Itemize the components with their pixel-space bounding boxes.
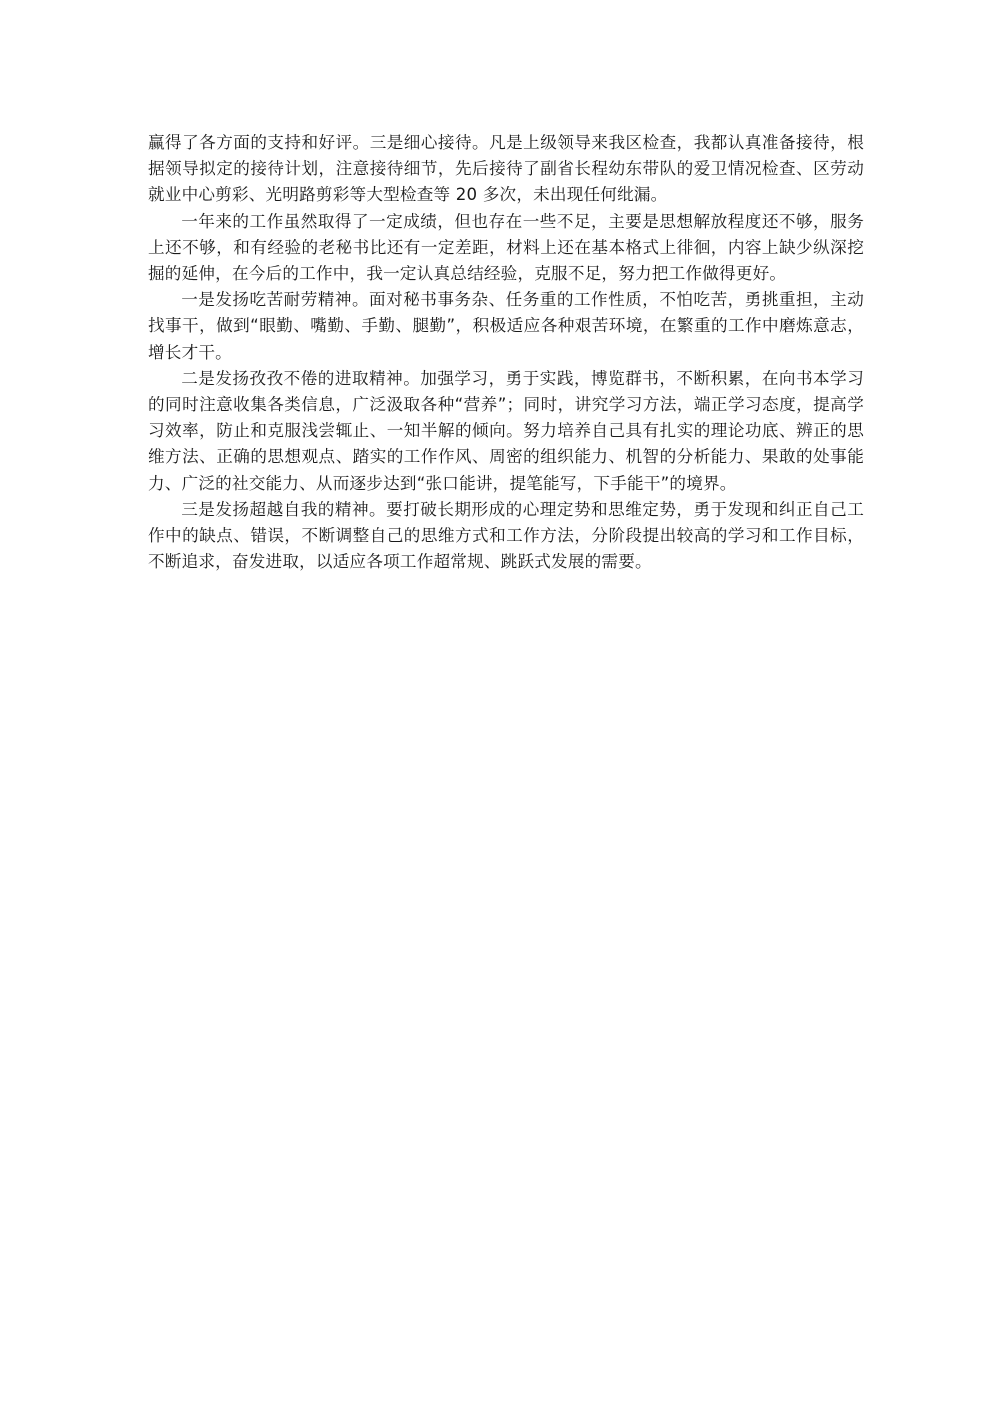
paragraph-learning-spirit: 二是发扬孜孜不倦的进取精神。加强学习，勇于实践，博览群书，不断积累，在向书本学习… [148, 366, 864, 497]
paragraph-hardworking-spirit: 一是发扬吃苦耐劳精神。面对秘书事务杂、任务重的工作性质，不怕吃苦，勇挑重担，主动… [148, 287, 864, 366]
paragraph-shortcomings: 一年来的工作虽然取得了一定成绩，但也存在一些不足，主要是思想解放程度还不够，服务… [148, 209, 864, 288]
document-page: 赢得了各方面的支持和好评。三是细心接待。凡是上级领导来我区检查，我都认真准备接待… [148, 130, 864, 575]
paragraph-reception-summary: 赢得了各方面的支持和好评。三是细心接待。凡是上级领导来我区检查，我都认真准备接待… [148, 130, 864, 209]
paragraph-self-surpassing-spirit: 三是发扬超越自我的精神。要打破长期形成的心理定势和思维定势，勇于发现和纠正自己工… [148, 497, 864, 576]
